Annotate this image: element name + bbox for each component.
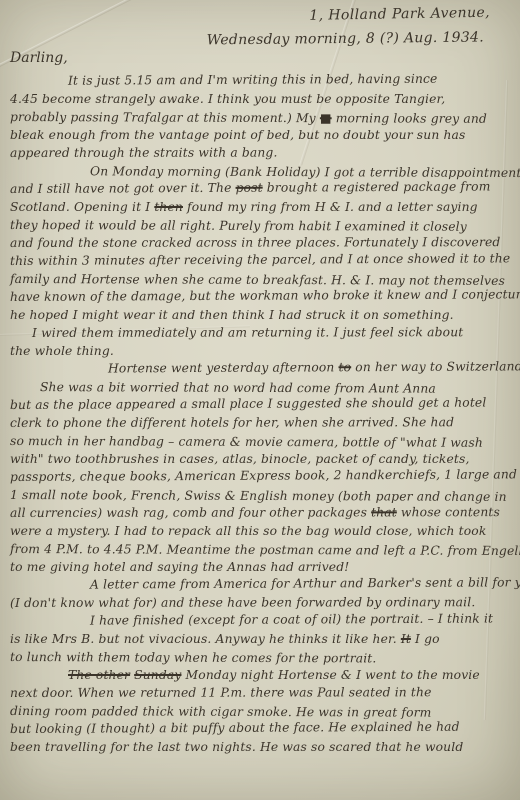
letter-line: but looking (I thought) a bit puffy abou… — [10, 717, 514, 738]
letter-line: Scotland. Opening it I then found my rin… — [10, 198, 514, 216]
letter-line: from 4 P.M. to 4.45 P.M. Meantime the po… — [10, 540, 514, 560]
letter-line: to lunch with them today when he comes f… — [10, 648, 514, 668]
salutation: Darling, — [10, 50, 68, 66]
letter-body: It is just 5.15 am and I'm writing this … — [10, 72, 514, 756]
letter-line: Hortense went yesterday afternoon to on … — [10, 357, 514, 378]
letter-line: I wired them immediately and am returnin… — [10, 323, 514, 342]
letter-line: so much in her handbag – camera & movie … — [10, 432, 514, 452]
letter-line: he hoped I might wear it and then think … — [10, 306, 514, 324]
letter-line: clerk to phone the different hotels for … — [10, 413, 514, 432]
letter-header: 1, Holland Park Avenue, Wednesday mornin… — [0, 6, 490, 52]
letter-line: but as the place appeared a small place … — [10, 393, 514, 414]
letter-line: this within 3 minutes after receiving th… — [10, 249, 514, 270]
letter-line: The other Sunday Monday night Hortense &… — [10, 666, 514, 684]
letter-line: appeared through the straits with a bang… — [10, 143, 514, 162]
letter-line: I have finished (except for a coat of oi… — [10, 609, 514, 630]
letter-line: passports, cheque books, American Expres… — [10, 465, 514, 486]
letter-line: 4.45 become strangely awake. I think you… — [10, 90, 514, 108]
letter-page: 1, Holland Park Avenue, Wednesday mornin… — [0, 0, 520, 800]
letter-line: been travelling for the last two nights.… — [10, 738, 514, 756]
dateline: Wednesday morning, 8 (?) Aug. 1934. — [0, 26, 490, 54]
letter-line: It is just 5.15 am and I'm writing this … — [10, 69, 514, 90]
letter-line: next door. When we returned 11 P.m. ther… — [10, 683, 514, 702]
letter-line: all currencies) wash rag, comb and four … — [10, 503, 514, 522]
letter-line: A letter came from America for Arthur an… — [10, 573, 514, 594]
letter-line: bleak enough from the vantage point of b… — [10, 126, 514, 144]
letter-line: were a mystery. I had to repack all this… — [10, 522, 514, 540]
letter-line: is like Mrs B. but not vivacious. Anyway… — [10, 630, 514, 648]
letter-line: and I still have not got over it. The po… — [10, 177, 514, 198]
letter-line: have known of the damage, but the workma… — [10, 285, 514, 306]
letter-line: probably passing Trafalgar at this momen… — [10, 108, 514, 128]
